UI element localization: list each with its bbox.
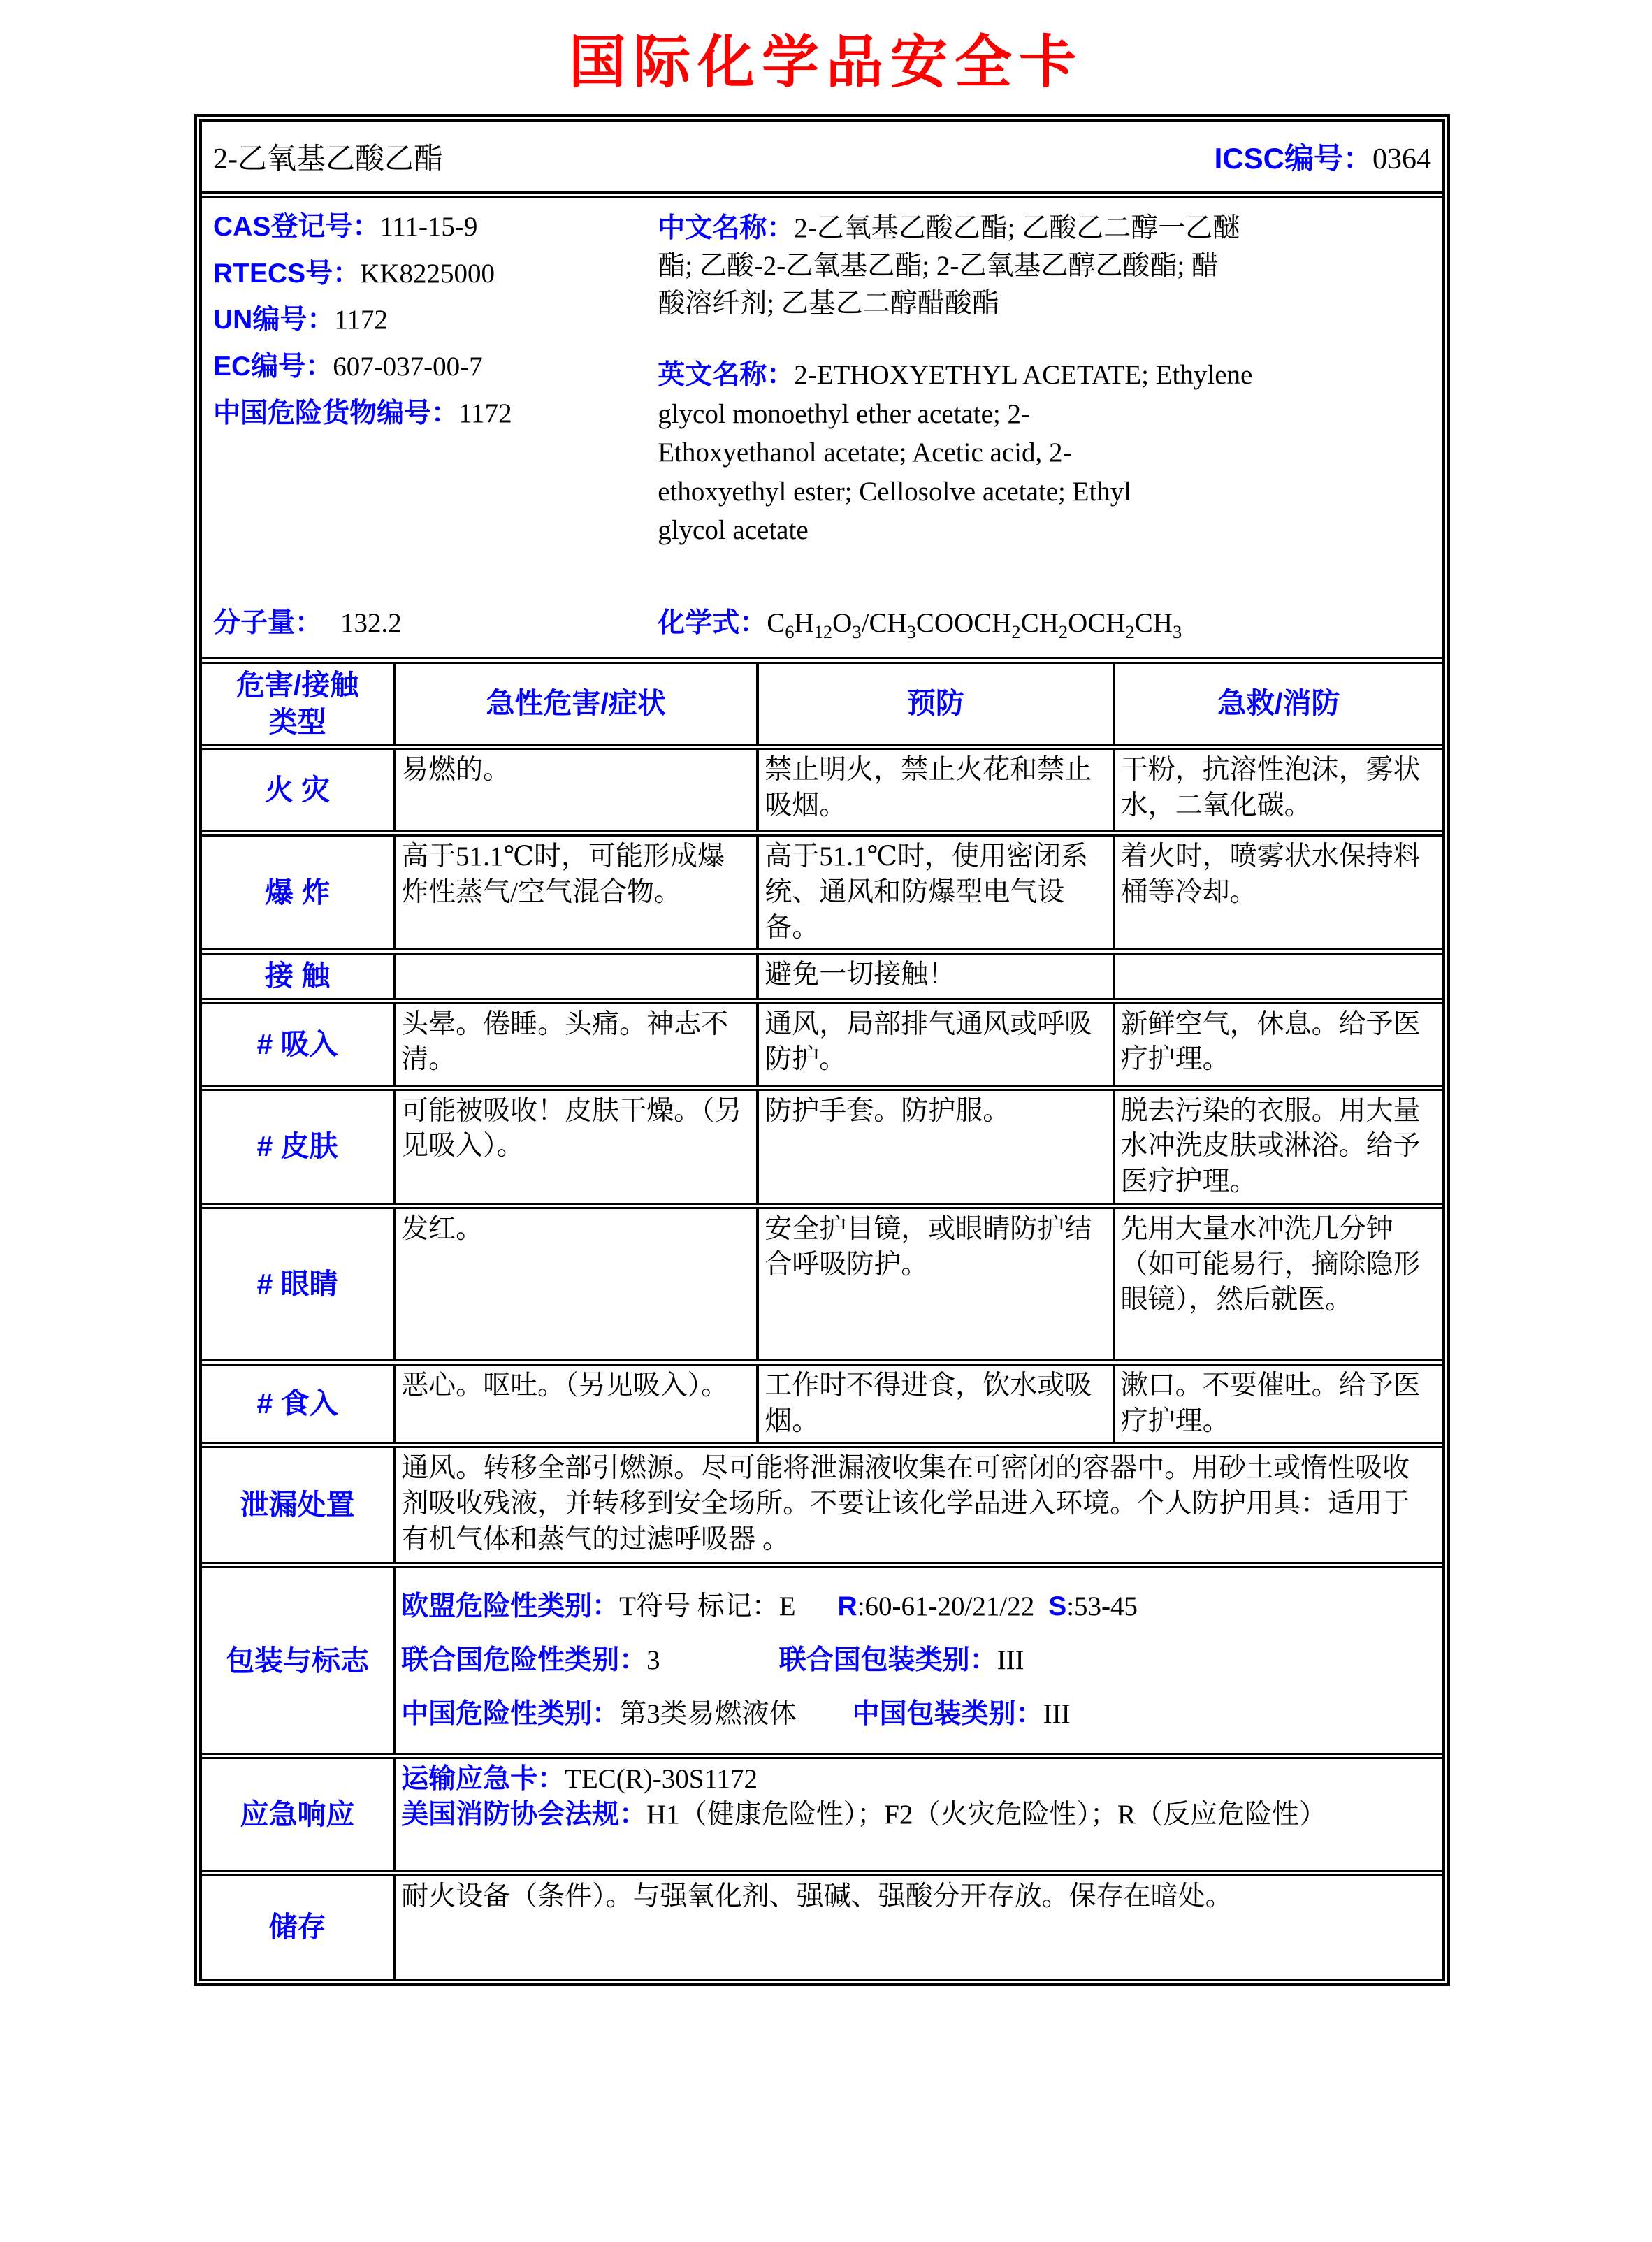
name-list: 中文名称：2-乙氧基乙酸乙酯; 乙酸乙二醇一乙醚 酯; 乙酸-2-乙氧基乙酯; …: [658, 210, 1431, 601]
chemical-formula-value: C6H12O3/CH3COOCH2CH2OCH2CH3: [767, 608, 1182, 638]
ec-value: 607-037-00-7: [333, 352, 482, 382]
table-row-packaging: 包装与标志 欧盟危险性类别：T符号 标记：ER:60-61-20/21/22S:…: [202, 1565, 1442, 1756]
rtecs-label: RTECS号：: [213, 259, 360, 289]
rtecs-number-line: RTECS号：KK8225000: [213, 256, 658, 292]
chinese-names-label: 中文名称：: [658, 213, 794, 243]
english-names: 英文名称：2-ETHOXYETHYL ACETATE; Ethylene gly…: [658, 356, 1431, 549]
explosion-symptoms: 高于51.1℃时，可能形成爆炸性蒸气/空气混合物。: [394, 834, 758, 952]
col-header-firstaid: 急救/消防: [1114, 660, 1442, 747]
info-section: CAS登记号：111-15-9 RTECS号：KK8225000 UN编号：11…: [202, 198, 1442, 601]
un-class-label: 联合国危险性类别：: [401, 1645, 646, 1675]
nfpa-value: H1（健康危险性）；F2（火灾危险性）；R（反应危险性）: [646, 1800, 1326, 1830]
nfpa-line: 美国消防协会法规：H1（健康危险性）；F2（火灾危险性）；R（反应危险性）: [401, 1798, 1437, 1833]
row-label-fire: 火 灾: [202, 747, 394, 834]
molecular-weight: 分子量：132.2: [213, 601, 658, 643]
row-label-spill: 泄漏处置: [202, 1445, 394, 1565]
icsc-number: 0364: [1372, 143, 1431, 175]
r-phrases-value: :60-61-20/21/22: [857, 1591, 1034, 1621]
col-header-symptoms: 急性危害/症状: [394, 660, 758, 747]
card-header: 2-乙氧基乙酸乙酯 ICSC编号：0364: [202, 122, 1442, 198]
explosion-response: 着火时，喷雾状水保持料桶等冷却。: [1114, 834, 1442, 952]
hazard-table: 危害/接触 类型 急性危害/症状 预防 急救/消防 火 灾 易燃的。 禁止明火，…: [202, 657, 1442, 1979]
page-title: 国际化学品安全卡: [0, 0, 1652, 99]
row-label-storage: 储存: [202, 1874, 394, 1979]
inhalation-symptoms: 头晕。倦睡。头痛。神志不清。: [394, 1001, 758, 1087]
china-dg-value: 1172: [458, 398, 512, 428]
ec-number-line: EC编号：607-037-00-7: [213, 349, 658, 385]
substance-name: 2-乙氧基乙酸乙酯: [213, 136, 443, 178]
ingestion-response: 漱口。不要催吐。给予医疗护理。: [1114, 1362, 1442, 1445]
table-row-eyes: # 眼睛 发红。 安全护目镜，或眼睛防护结合呼吸防护。 先用大量水冲洗几分钟（如…: [202, 1206, 1442, 1362]
eyes-symptoms: 发红。: [394, 1206, 758, 1362]
col-header-prevention: 预防: [758, 660, 1113, 747]
english-names-label: 英文名称：: [658, 360, 794, 390]
table-row-skin: # 皮肤 可能被吸收！皮肤干燥。（另见吸入）。 防护手套。防护服。 脱去污染的衣…: [202, 1087, 1442, 1206]
row-label-explosion: 爆 炸: [202, 834, 394, 952]
eu-class-label: 欧盟危险性类别：: [401, 1591, 619, 1621]
nfpa-label: 美国消防协会法规：: [401, 1800, 646, 1830]
table-row-explosion: 爆 炸 高于51.1℃时，可能形成爆炸性蒸气/空气混合物。 高于51.1℃时，使…: [202, 834, 1442, 952]
ec-label: EC编号：: [213, 352, 333, 382]
cas-value: 111-15-9: [379, 212, 477, 242]
emergency-content: 运输应急卡：TEC(R)-30S1172 美国消防协会法规：H1（健康危险性）；…: [394, 1756, 1442, 1874]
identifier-list: CAS登记号：111-15-9 RTECS号：KK8225000 UN编号：11…: [213, 210, 658, 601]
un-pack-label: 联合国包装类别：: [779, 1645, 997, 1675]
china-dg-number-line: 中国危险货物编号：1172: [213, 396, 658, 432]
molecular-row: 分子量：132.2 化学式：C6H12O3/CH3COOCH2CH2OCH2CH…: [202, 601, 1442, 657]
s-phrases-value: :53-45: [1066, 1591, 1138, 1621]
eyes-response: 先用大量水冲洗几分钟（如可能易行，摘除隐形眼镜），然后就医。: [1114, 1206, 1442, 1362]
row-label-contact: 接 触: [202, 952, 394, 1001]
chinese-names: 中文名称：2-乙氧基乙酸乙酯; 乙酸乙二醇一乙醚 酯; 乙酸-2-乙氧基乙酯; …: [658, 210, 1431, 322]
molecular-weight-label: 分子量：: [213, 608, 322, 638]
skin-prevention: 防护手套。防护服。: [758, 1087, 1113, 1206]
row-label-inhalation: # 吸入: [202, 1001, 394, 1087]
table-row-storage: 储存 耐火设备（条件）。与强氧化剂、强碱、强酸分开存放。保存在暗处。: [202, 1874, 1442, 1979]
rtecs-value: KK8225000: [360, 259, 495, 289]
table-row-spill: 泄漏处置 通风。转移全部引燃源。尽可能将泄漏液收集在可密闭的容器中。用砂土或惰性…: [202, 1445, 1442, 1565]
un-class-value: 3: [646, 1645, 660, 1675]
china-class-value: 第3类易燃液体: [619, 1699, 797, 1729]
icsc-number-field: ICSC编号：0364: [1215, 136, 1431, 178]
china-class-label: 中国危险性类别：: [401, 1699, 619, 1729]
contact-prevention: 避免一切接触！: [758, 952, 1113, 1001]
chemical-formula-label: 化学式：: [658, 608, 767, 638]
molecular-weight-value: 132.2: [340, 608, 402, 638]
un-value: 1172: [334, 305, 388, 335]
packaging-content: 欧盟危险性类别：T符号 标记：ER:60-61-20/21/22S:53-45 …: [394, 1565, 1442, 1756]
s-phrases-label: S: [1048, 1591, 1066, 1621]
table-row-fire: 火 灾 易燃的。 禁止明火，禁止火花和禁止吸烟。 干粉，抗溶性泡沫，雾状水，二氧…: [202, 747, 1442, 834]
eyes-prevention: 安全护目镜，或眼睛防护结合呼吸防护。: [758, 1206, 1113, 1362]
cas-number-line: CAS登记号：111-15-9: [213, 210, 658, 245]
row-label-skin: # 皮肤: [202, 1087, 394, 1206]
icsc-label: ICSC编号：: [1215, 142, 1372, 175]
fire-symptoms: 易燃的。: [394, 747, 758, 834]
china-dg-label: 中国危险货物编号：: [213, 398, 458, 428]
china-pack-value: III: [1043, 1699, 1071, 1729]
tec-value: TEC(R)-30S1172: [565, 1764, 758, 1794]
table-row-inhalation: # 吸入 头晕。倦睡。头痛。神志不清。 通风，局部排气通风或呼吸防护。 新鲜空气…: [202, 1001, 1442, 1087]
row-label-emergency: 应急响应: [202, 1756, 394, 1874]
contact-response: [1114, 952, 1442, 1001]
r-phrases-label: R: [838, 1591, 857, 1621]
china-pack-label: 中国包装类别：: [853, 1699, 1043, 1729]
hazard-table-header-row: 危害/接触 类型 急性危害/症状 预防 急救/消防: [202, 660, 1442, 747]
skin-symptoms: 可能被吸收！皮肤干燥。（另见吸入）。: [394, 1087, 758, 1206]
col-header-hazard-type: 危害/接触 类型: [202, 660, 394, 747]
row-label-packaging: 包装与标志: [202, 1565, 394, 1756]
eu-class-value: T符号 标记：E: [619, 1591, 795, 1621]
explosion-prevention: 高于51.1℃时，使用密闭系统、通风和防爆型电气设备。: [758, 834, 1113, 952]
spill-text: 通风。转移全部引燃源。尽可能将泄漏液收集在可密闭的容器中。用砂土或惰性吸收剂吸收…: [394, 1445, 1442, 1565]
row-label-eyes: # 眼睛: [202, 1206, 394, 1362]
tec-label: 运输应急卡：: [401, 1764, 565, 1794]
contact-symptoms: [394, 952, 758, 1001]
row-label-ingestion: # 食入: [202, 1362, 394, 1445]
ingestion-symptoms: 恶心。呕吐。（另见吸入）。: [394, 1362, 758, 1445]
tec-line: 运输应急卡：TEC(R)-30S1172: [401, 1762, 1437, 1798]
un-label: UN编号：: [213, 305, 334, 335]
inhalation-response: 新鲜空气，休息。给予医疗护理。: [1114, 1001, 1442, 1087]
table-row-ingestion: # 食入 恶心。呕吐。（另见吸入）。 工作时不得进食，饮水或吸烟。 漱口。不要催…: [202, 1362, 1442, 1445]
fire-prevention: 禁止明火，禁止火花和禁止吸烟。: [758, 747, 1113, 834]
skin-response: 脱去污染的衣服。用大量水冲洗皮肤或淋浴。给予医疗护理。: [1114, 1087, 1442, 1206]
un-classification-line: 联合国危险性类别：3联合国包装类别：III: [401, 1643, 1437, 1679]
table-row-contact: 接 触 避免一切接触！: [202, 952, 1442, 1001]
china-classification-line: 中国危险性类别：第3类易燃液体中国包装类别：III: [401, 1697, 1437, 1733]
fire-response: 干粉，抗溶性泡沫，雾状水，二氧化碳。: [1114, 747, 1442, 834]
safety-card: 2-乙氧基乙酸乙酯 ICSC编号：0364 CAS登记号：111-15-9 RT…: [194, 114, 1450, 1986]
ingestion-prevention: 工作时不得进食，饮水或吸烟。: [758, 1362, 1113, 1445]
eu-classification-line: 欧盟危险性类别：T符号 标记：ER:60-61-20/21/22S:53-45: [401, 1589, 1437, 1625]
cas-label: CAS登记号：: [213, 212, 379, 242]
inhalation-prevention: 通风，局部排气通风或呼吸防护。: [758, 1001, 1113, 1087]
un-pack-value: III: [997, 1645, 1024, 1675]
chemical-formula: 化学式：C6H12O3/CH3COOCH2CH2OCH2CH3: [658, 601, 1431, 643]
un-number-line: UN编号：1172: [213, 303, 658, 338]
storage-text: 耐火设备（条件）。与强氧化剂、强碱、强酸分开存放。保存在暗处。: [394, 1874, 1442, 1979]
table-row-emergency: 应急响应 运输应急卡：TEC(R)-30S1172 美国消防协会法规：H1（健康…: [202, 1756, 1442, 1874]
